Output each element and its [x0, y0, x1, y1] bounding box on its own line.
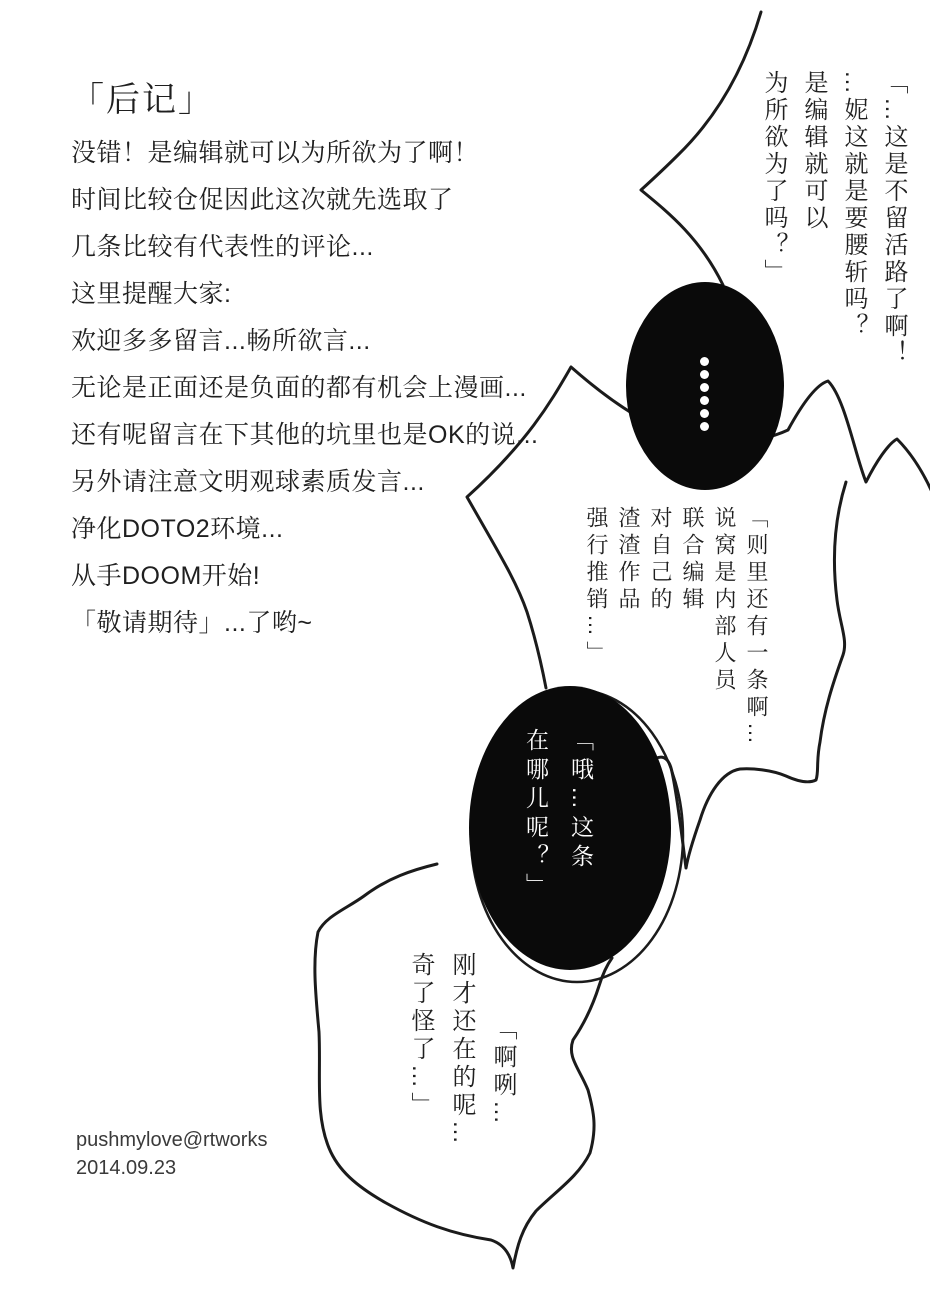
speech-top-right: 「…这是不留活路了啊！…妮这就是要腰斩吗？是编辑就可以为所欲为了吗？」: [753, 70, 913, 400]
top-bubble-outline: [641, 12, 761, 285]
speech-column: 在哪儿呢？」: [513, 728, 558, 898]
speech-column: 对自己的: [644, 506, 676, 756]
speech-column: 「哦…这条: [558, 728, 603, 898]
speech-column: 联合编辑: [676, 506, 708, 756]
afterword-line: 另外请注意文明观球素质发言...: [71, 459, 538, 506]
afterword-line: 几条比较有代表性的评论...: [71, 224, 538, 271]
speech-column: …妮这就是要腰斩吗？: [833, 70, 873, 400]
afterword-line: 从手DOOM开始!: [71, 553, 538, 600]
credit-block: pushmylove@rtworks 2014.09.23: [76, 1126, 267, 1182]
afterword-line: 没错！是编辑就可以为所欲为了啊！: [71, 130, 538, 177]
speech-column: 「则里还有一条啊…: [740, 506, 772, 756]
page-title: 「后记」: [70, 72, 214, 121]
speech-bottom: 「啊咧…刚才还在的呢…奇了怪了…」: [400, 952, 523, 1182]
speech-middle: 「则里还有一条啊…说窝是内部人员联合编辑对自己的渣渣作品强行推销…」: [580, 506, 772, 756]
speech-column: 是编辑就可以: [793, 70, 833, 400]
speech-column: 刚才还在的呢…: [441, 952, 482, 1182]
afterword-line: 「敬请期待」...了哟~: [71, 600, 538, 647]
speech-column: 说窝是内部人员: [708, 506, 740, 756]
speech-column: 为所欲为了吗？」: [753, 70, 793, 400]
afterword-line: 还有呢留言在下其他的坑里也是OK的说...: [71, 412, 538, 459]
afterword-line: 这里提醒大家:: [71, 271, 538, 318]
credit-author: pushmylove@rtworks: [76, 1126, 267, 1154]
manga-afterword-page: 「后记」 没错！是编辑就可以为所欲为了啊！时间比较仓促因此这次就先选取了几条比较…: [0, 0, 930, 1315]
speech-column: 奇了怪了…」: [400, 952, 441, 1182]
afterword-line: 时间比较仓促因此这次就先选取了: [71, 177, 538, 224]
speech-column: 渣渣作品: [612, 506, 644, 756]
afterword-line: 净化DOTO2环境...: [71, 506, 538, 553]
afterword-line: 欢迎多多留言...畅所欲言...: [71, 318, 538, 365]
speech-column: 「…这是不留活路了啊！: [873, 70, 913, 400]
afterword-text-block: 没错！是编辑就可以为所欲为了啊！时间比较仓促因此这次就先选取了几条比较有代表性的…: [71, 130, 538, 647]
afterword-line: 无论是正面还是负面的都有机会上漫画...: [71, 365, 538, 412]
speech-column: 强行推销…」: [580, 506, 612, 756]
speech-column: 「啊咧…: [482, 952, 523, 1182]
speech-dark-bubble: 「哦…这条在哪儿呢？」: [513, 728, 603, 898]
vertical-ellipsis-icon: [700, 357, 709, 431]
credit-date: 2014.09.23: [76, 1154, 267, 1182]
